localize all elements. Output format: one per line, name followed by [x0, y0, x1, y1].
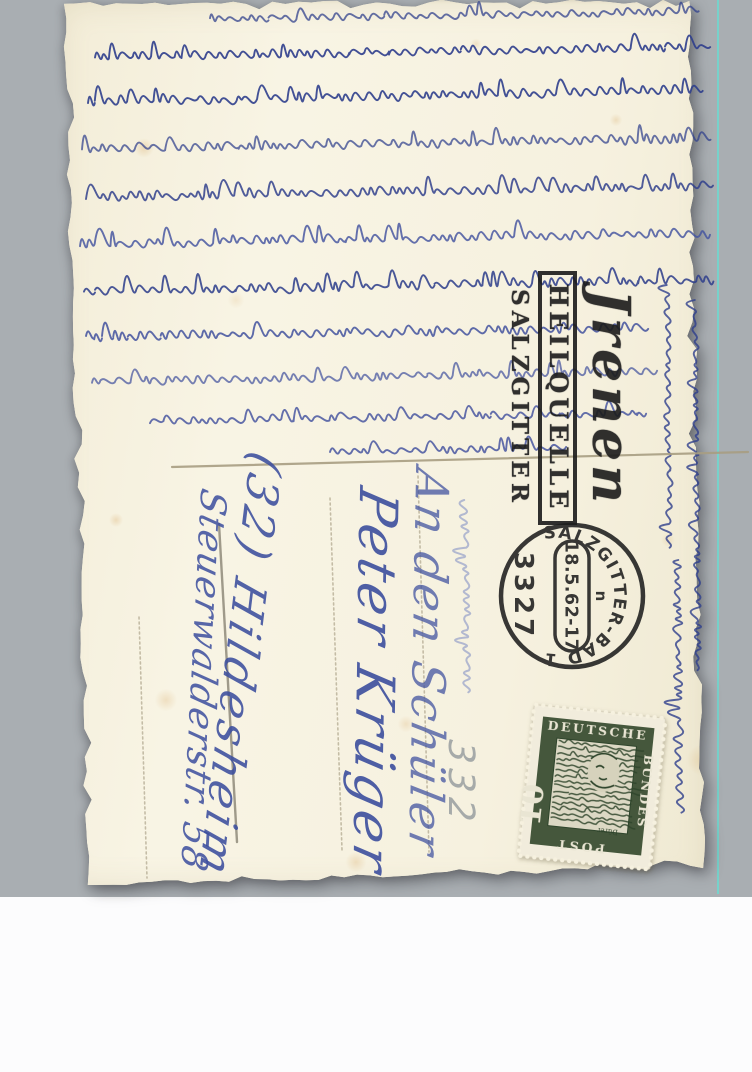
address-name-line: Peter Krüger	[344, 483, 404, 880]
postmark: SALZGITTER-BAD 1 n 18.5.62-17 3327	[487, 511, 657, 681]
postage-stamp: DEUTSCHE BUNDES POST 10 Dürer	[516, 702, 668, 871]
postmark-postal-code: 3327	[508, 552, 538, 640]
cachet-heilquelle-box: HEILQUELLE	[538, 271, 577, 526]
cachet-spring-name: Jrenen	[584, 289, 636, 507]
cachet-town-name: SALZGITTER	[508, 289, 531, 507]
pencil-catalog-number: 332	[442, 738, 478, 829]
scanner-edge-line	[717, 0, 719, 894]
postmark-date: 18.5.62-17	[561, 541, 581, 652]
scanned-postcard-image: An den Schüler Peter Krüger (32) Hildesh…	[0, 0, 752, 1072]
scan-white-band	[0, 897, 752, 1072]
arrival-cachet: Jrenen HEILQUELLE SALZGITTER	[497, 278, 647, 518]
postmark-code-letter: n	[592, 591, 610, 602]
